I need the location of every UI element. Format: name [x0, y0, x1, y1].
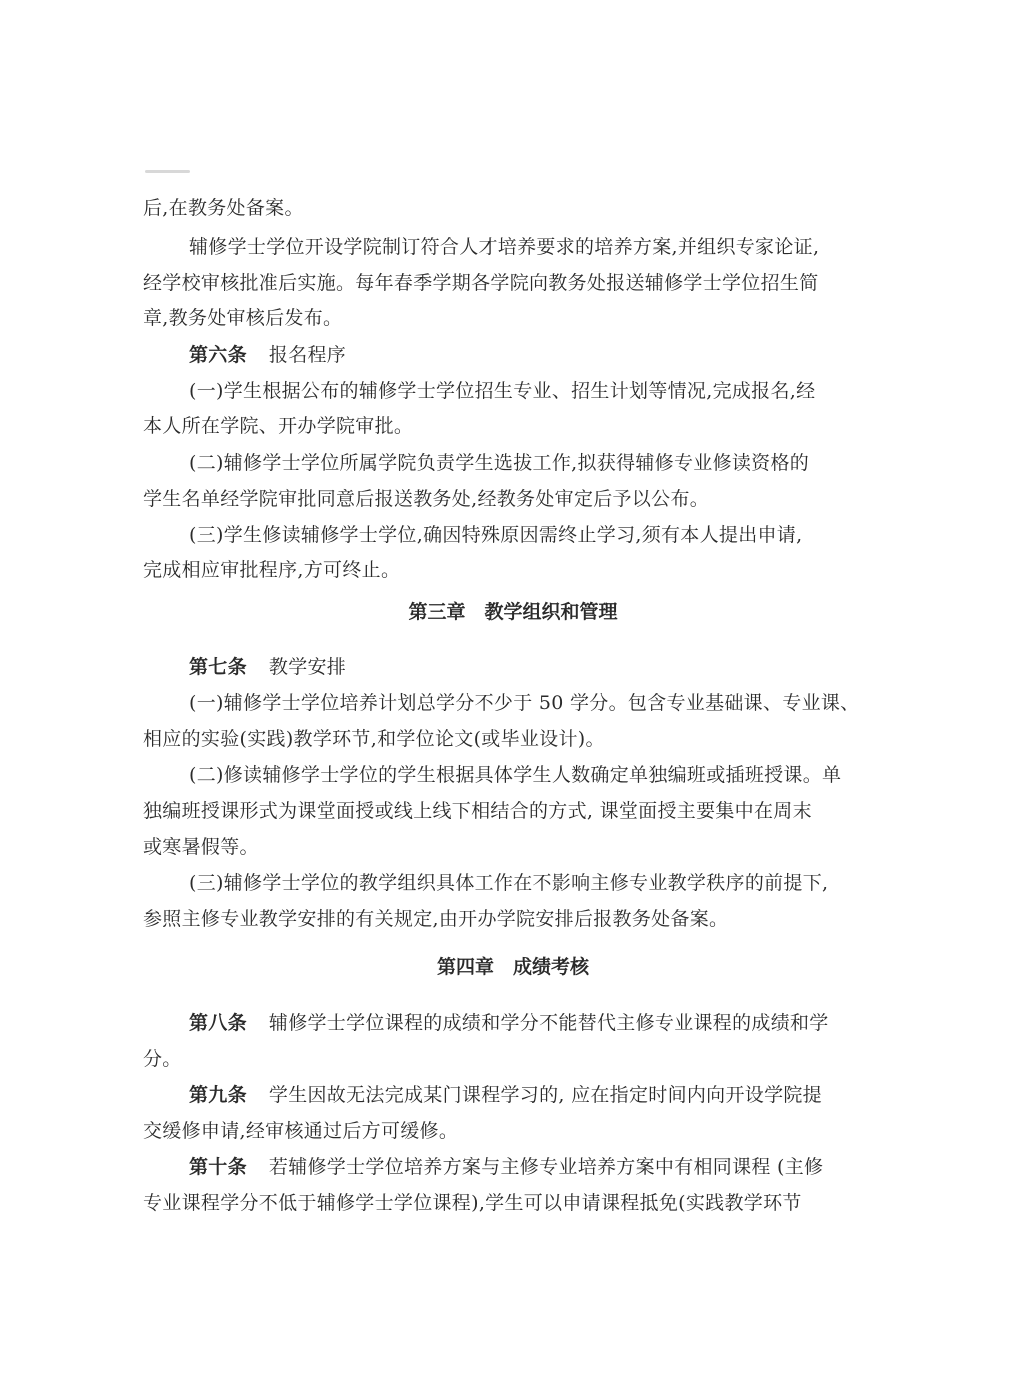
article-10: 第十条若辅修学士学位培养方案与主修专业培养方案中有相同课程 (主修	[143, 1155, 823, 1179]
text-line: 参照主修专业教学安排的有关规定,由开办学院安排后报教务处备案。	[143, 907, 728, 931]
text-line: 辅修学士学位开设学院制订符合人才培养要求的培养方案,并组织专家论证,	[143, 235, 819, 259]
article-6-heading: 第六条报名程序	[143, 343, 346, 367]
article-label: 第七条	[189, 656, 247, 678]
article-title: 教学安排	[269, 656, 346, 678]
article-title: 报名程序	[269, 344, 346, 366]
text-line: 章,教务处审核后发布。	[143, 306, 342, 330]
text-line: 相应的实验(实践)教学环节,和学位论文(或毕业设计)。	[143, 727, 605, 751]
article-label: 第六条	[189, 344, 247, 366]
text-line: 专业课程学分不低于辅修学士学位课程),学生可以申请课程抵免(实践教学环节	[143, 1191, 802, 1215]
chapter-3-heading: 第三章 教学组织和管理	[143, 600, 883, 624]
text-line: (三)辅修学士学位的教学组织具体工作在不影响主修专业教学秩序的前提下,	[143, 871, 828, 895]
article-label: 第九条	[189, 1084, 247, 1106]
text-line: 交缓修申请,经审核通过后方可缓修。	[143, 1119, 458, 1143]
text-line: (一)学生根据公布的辅修学士学位招生专业、招生计划等情况,完成报名,经	[143, 379, 815, 403]
text-line: 独编班授课形式为课堂面授或线上线下相结合的方式, 课堂面授主要集中在周末	[143, 799, 812, 823]
article-text: 辅修学士学位课程的成绩和学分不能替代主修专业课程的成绩和学	[269, 1012, 829, 1034]
text-line: 经学校审核批准后实施。每年春季学期各学院向教务处报送辅修学士学位招生简	[143, 271, 819, 295]
text-line: 后,在教务处备案。	[143, 196, 304, 220]
article-label: 第十条	[189, 1156, 247, 1178]
text-line: (三)学生修读辅修学士学位,确因特殊原因需终止学习,须有本人提出申请,	[143, 523, 802, 547]
chapter-4-heading: 第四章 成绩考核	[143, 955, 883, 979]
article-text: 学生因故无法完成某门课程学习的, 应在指定时间内向开设学院提	[269, 1084, 822, 1106]
text-line: (一)辅修学士学位培养计划总学分不少于 50 学分。包含专业基础课、专业课、	[143, 691, 859, 715]
text-line: 完成相应审批程序,方可终止。	[143, 558, 400, 582]
page-corner-mark	[145, 170, 190, 173]
text-line: 本人所在学院、开办学院审批。	[143, 414, 413, 438]
text-line: 或寒暑假等。	[143, 835, 259, 859]
article-9: 第九条学生因故无法完成某门课程学习的, 应在指定时间内向开设学院提	[143, 1083, 822, 1107]
article-text: 若辅修学士学位培养方案与主修专业培养方案中有相同课程 (主修	[269, 1156, 823, 1178]
text-line: (二)修读辅修学士学位的学生根据具体学生人数确定单独编班或插班授课。单	[143, 763, 841, 787]
article-8: 第八条辅修学士学位课程的成绩和学分不能替代主修专业课程的成绩和学	[143, 1011, 829, 1035]
text-line: (二)辅修学士学位所属学院负责学生选拔工作,拟获得辅修专业修读资格的	[143, 451, 809, 475]
text-line: 分。	[143, 1047, 182, 1071]
article-label: 第八条	[189, 1012, 247, 1034]
article-7-heading: 第七条教学安排	[143, 655, 346, 679]
text-line: 学生名单经学院审批同意后报送教务处,经教务处审定后予以公布。	[143, 487, 709, 511]
